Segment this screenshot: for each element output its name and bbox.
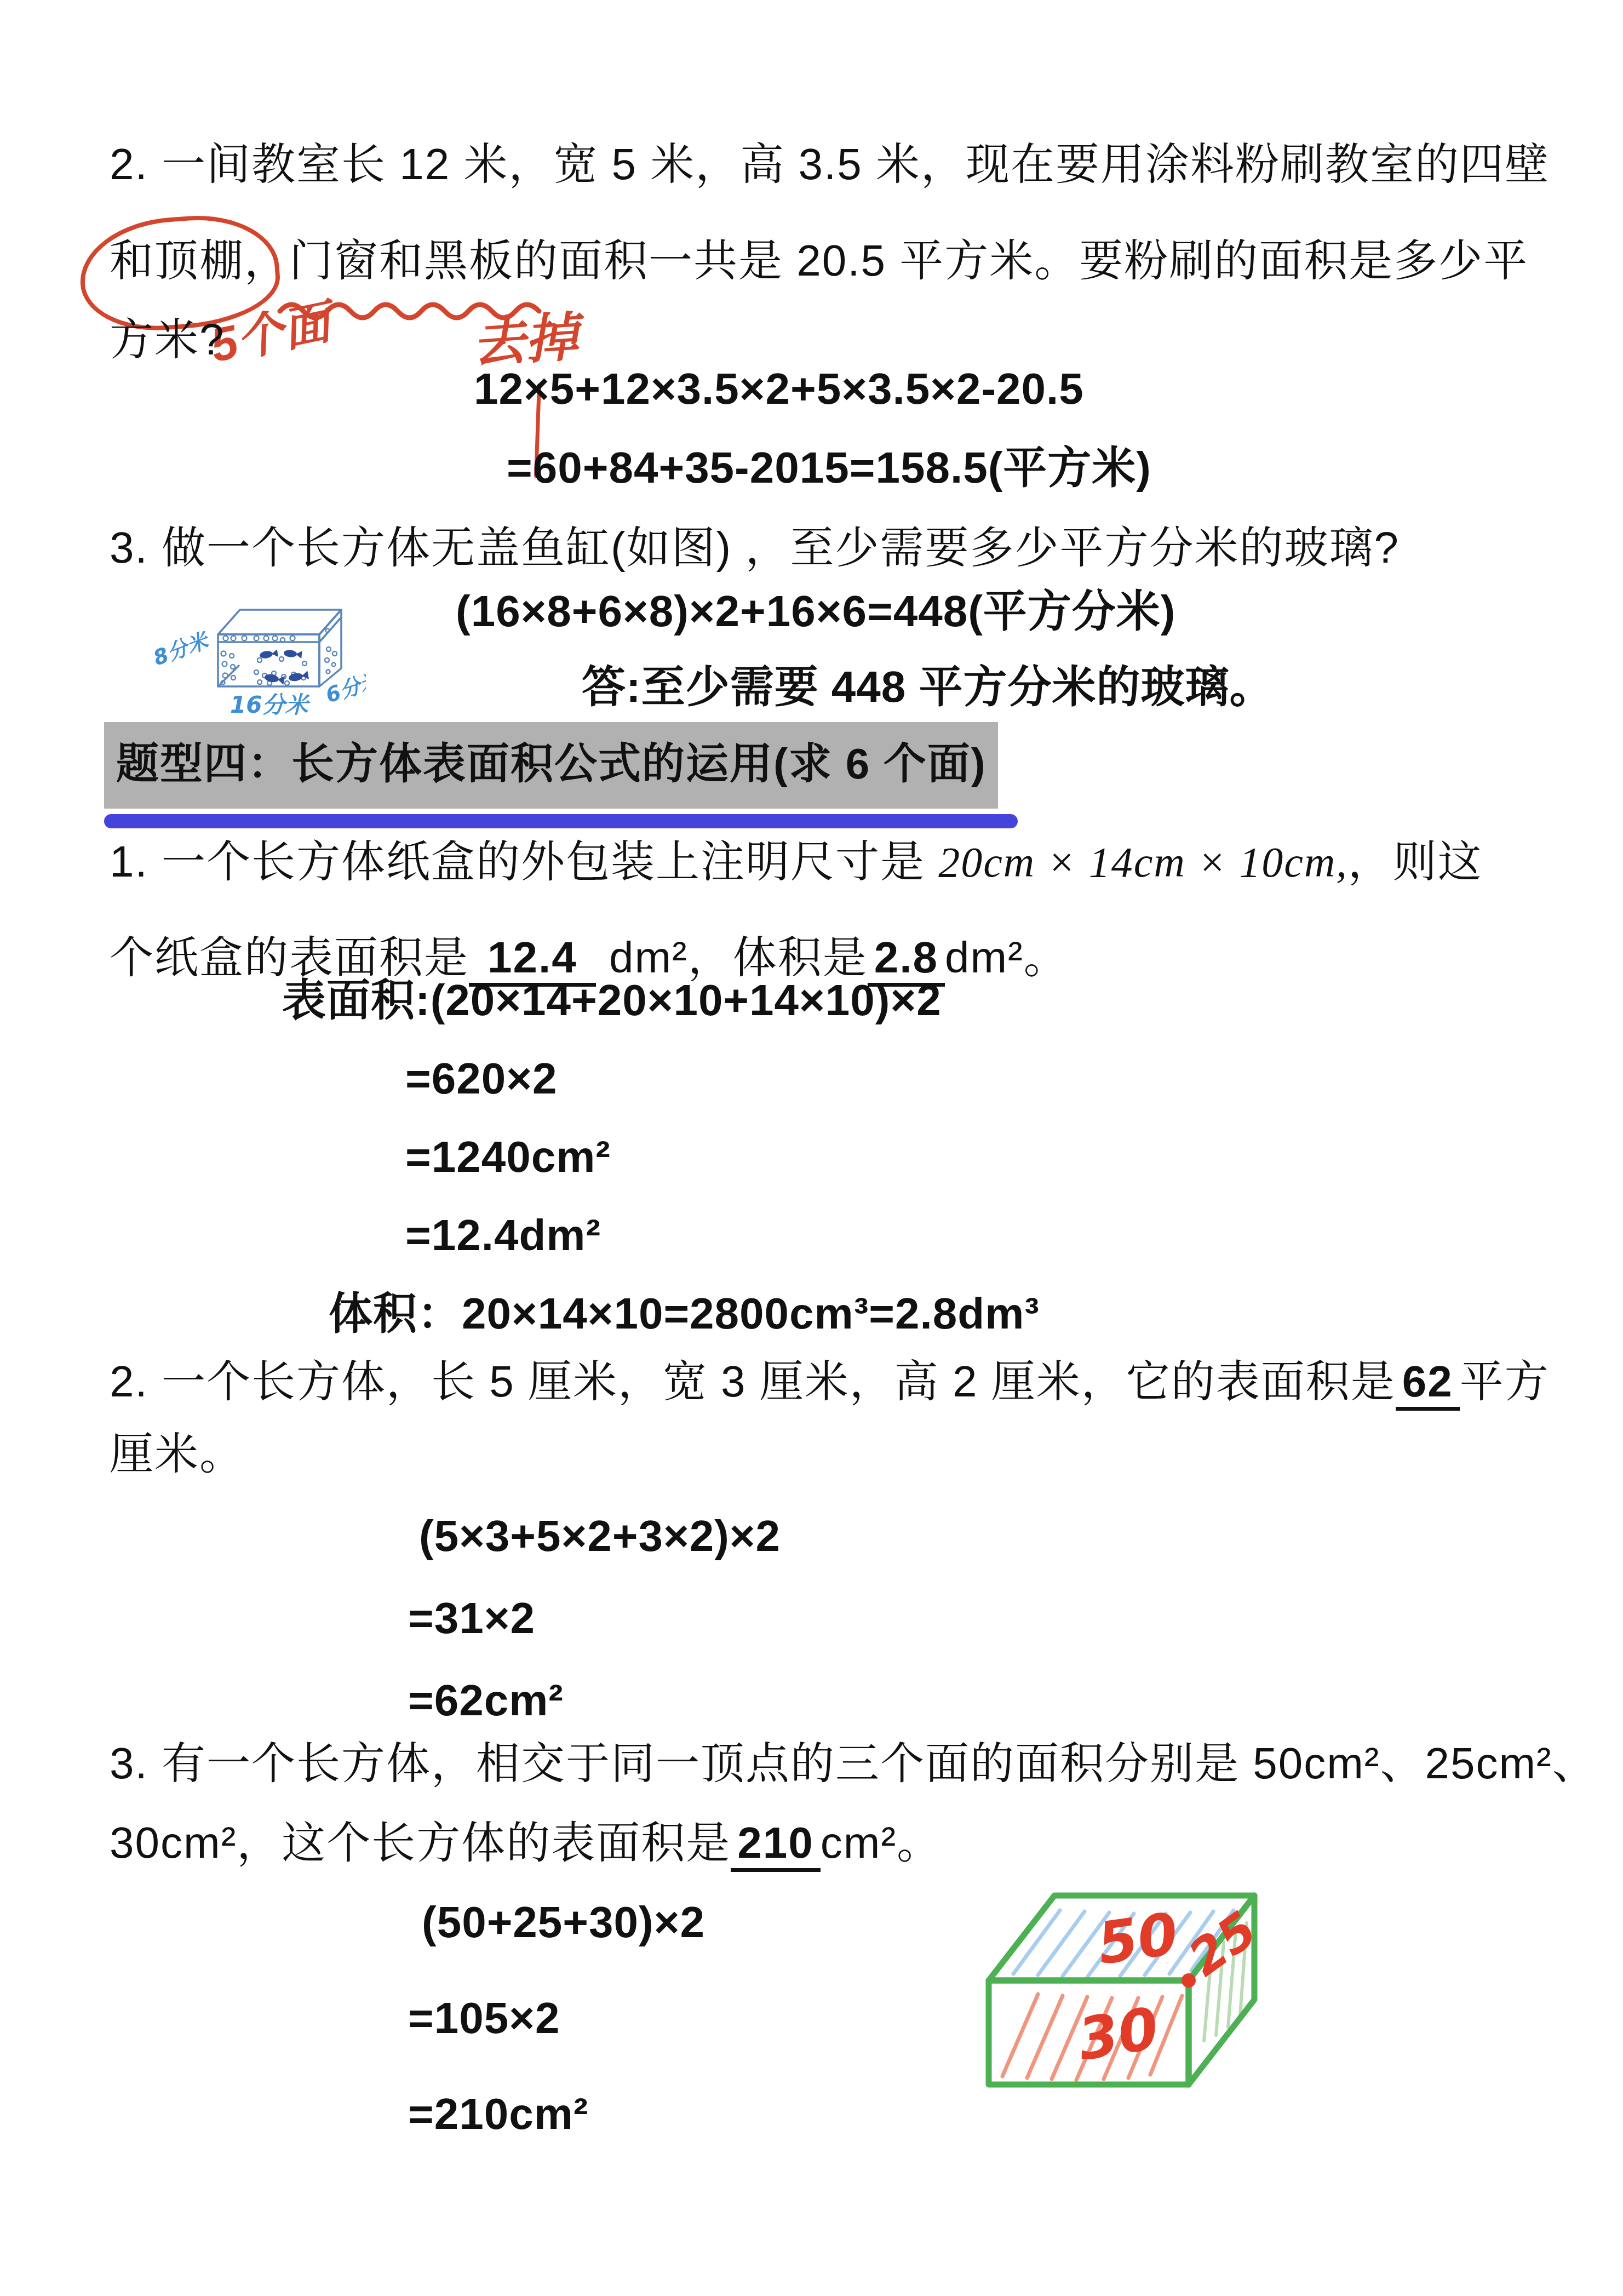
s4q1-line1-pre: 1. 一个长方体纸盒的外包装上注明尺寸是: [110, 837, 938, 886]
q2-wavy-text: 门窗和黑板: [289, 236, 514, 285]
tank-label-height: 8分米: [152, 628, 213, 671]
s4q1-calc-step2: =1240cm²: [405, 1131, 611, 1183]
s4q3-line2-pre: 30cm²，这个长方体的表面积是: [110, 1818, 731, 1867]
s4q2-line1-post: 平方: [1460, 1357, 1550, 1406]
section-header-title: 题型四：长方体表面积公式的运用(求 6 个面): [116, 730, 987, 791]
s4q1-calc-surface: 表面积:(20×14+20×10+14×10)×2: [282, 974, 942, 1027]
s4q3-calc-step2: =105×2: [408, 1992, 560, 2045]
section-header-underline: [104, 814, 1018, 828]
q2-line2-rest: 的面积一共是 20.5 平方米。要粉刷的面积是多少平: [514, 236, 1528, 285]
fish-tank-figure: 8分米 6分米 16分米: [152, 599, 366, 717]
s4q2-line2: 厘米。: [110, 1428, 244, 1480]
green-box-figure: 50 30 25: [964, 1876, 1282, 2106]
q2-line1: 2. 一间教室长 12 米，宽 5 米，高 3.5 米，现在要用涂料粉刷教室的四…: [110, 138, 1550, 191]
s4q2-calc-step2: =31×2: [408, 1592, 535, 1645]
s4q1-line1: 1. 一个长方体纸盒的外包装上注明尺寸是 20cm × 14cm × 10cm,…: [110, 835, 1483, 889]
worksheet-page: 2. 一间教室长 12 米，宽 5 米，高 3.5 米，现在要用涂料粉刷教室的四…: [0, 0, 1623, 2296]
s4q1-line1-post: ，则这: [1348, 837, 1483, 886]
box-label-top: 50: [1094, 1900, 1183, 1978]
q2-calc-line2: =60+84+35-2015=158.5(平方米): [507, 442, 1151, 494]
q3-line: 3. 做一个长方体无盖鱼缸(如图) ，至少需要多少平方分米的玻璃?: [110, 522, 1400, 574]
s4q3-line2: 30cm²，这个长方体的表面积是210cm²。: [110, 1817, 942, 1869]
s4q3-line1: 3. 有一个长方体，相交于同一顶点的三个面的面积分别是 50cm²、25cm²、: [110, 1737, 1597, 1790]
s4q3-answer: 210: [731, 1818, 820, 1872]
s4q1-dimensions: 20cm × 14cm × 10cm,: [938, 838, 1348, 886]
box-label-front: 30: [1074, 1995, 1163, 2073]
vertex-dot: [1182, 1973, 1196, 1988]
s4q2-line1: 2. 一个长方体，长 5 厘米，宽 3 厘米，高 2 厘米，它的表面积是62平方: [110, 1355, 1550, 1408]
s4q2-line1-pre: 2. 一个长方体，长 5 厘米，宽 3 厘米，高 2 厘米，它的表面积是: [110, 1357, 1396, 1406]
s4q1-calc-step3: =12.4dm²: [405, 1209, 601, 1262]
s4q3-calc-step1: (50+25+30)×2: [422, 1896, 705, 1949]
s4q2-calc-step3: =62cm²: [408, 1674, 564, 1727]
s4q3-calc-step3: =210cm²: [408, 2088, 588, 2140]
s4q1-calc-volume: 体积：20×14×10=2800cm³=2.8dm³: [329, 1287, 1040, 1340]
q2-line3: 方米?: [110, 313, 225, 366]
q2-line2: 和顶棚，门窗和黑板的面积一共是 20.5 平方米。要粉刷的面积是多少平: [110, 234, 1528, 287]
q3-answer: 答:至少需要 448 平方分米的玻璃。: [582, 661, 1274, 713]
s4q2-answer: 62: [1396, 1357, 1460, 1411]
s4q1-line2-post: dm²。: [945, 933, 1069, 982]
s4q3-line2-post: cm²。: [821, 1818, 942, 1867]
s4q1-calc-step1: =620×2: [405, 1052, 557, 1105]
q2-calc-line1: 12×5+12×3.5×2+5×3.5×2-20.5: [474, 363, 1084, 415]
q3-calc: (16×8+6×8)×2+16×6=448(平方分米): [456, 585, 1176, 638]
s4q2-calc-step1: (5×3+5×2+3×2)×2: [419, 1510, 781, 1562]
tank-label-length: 16分米: [230, 691, 310, 717]
